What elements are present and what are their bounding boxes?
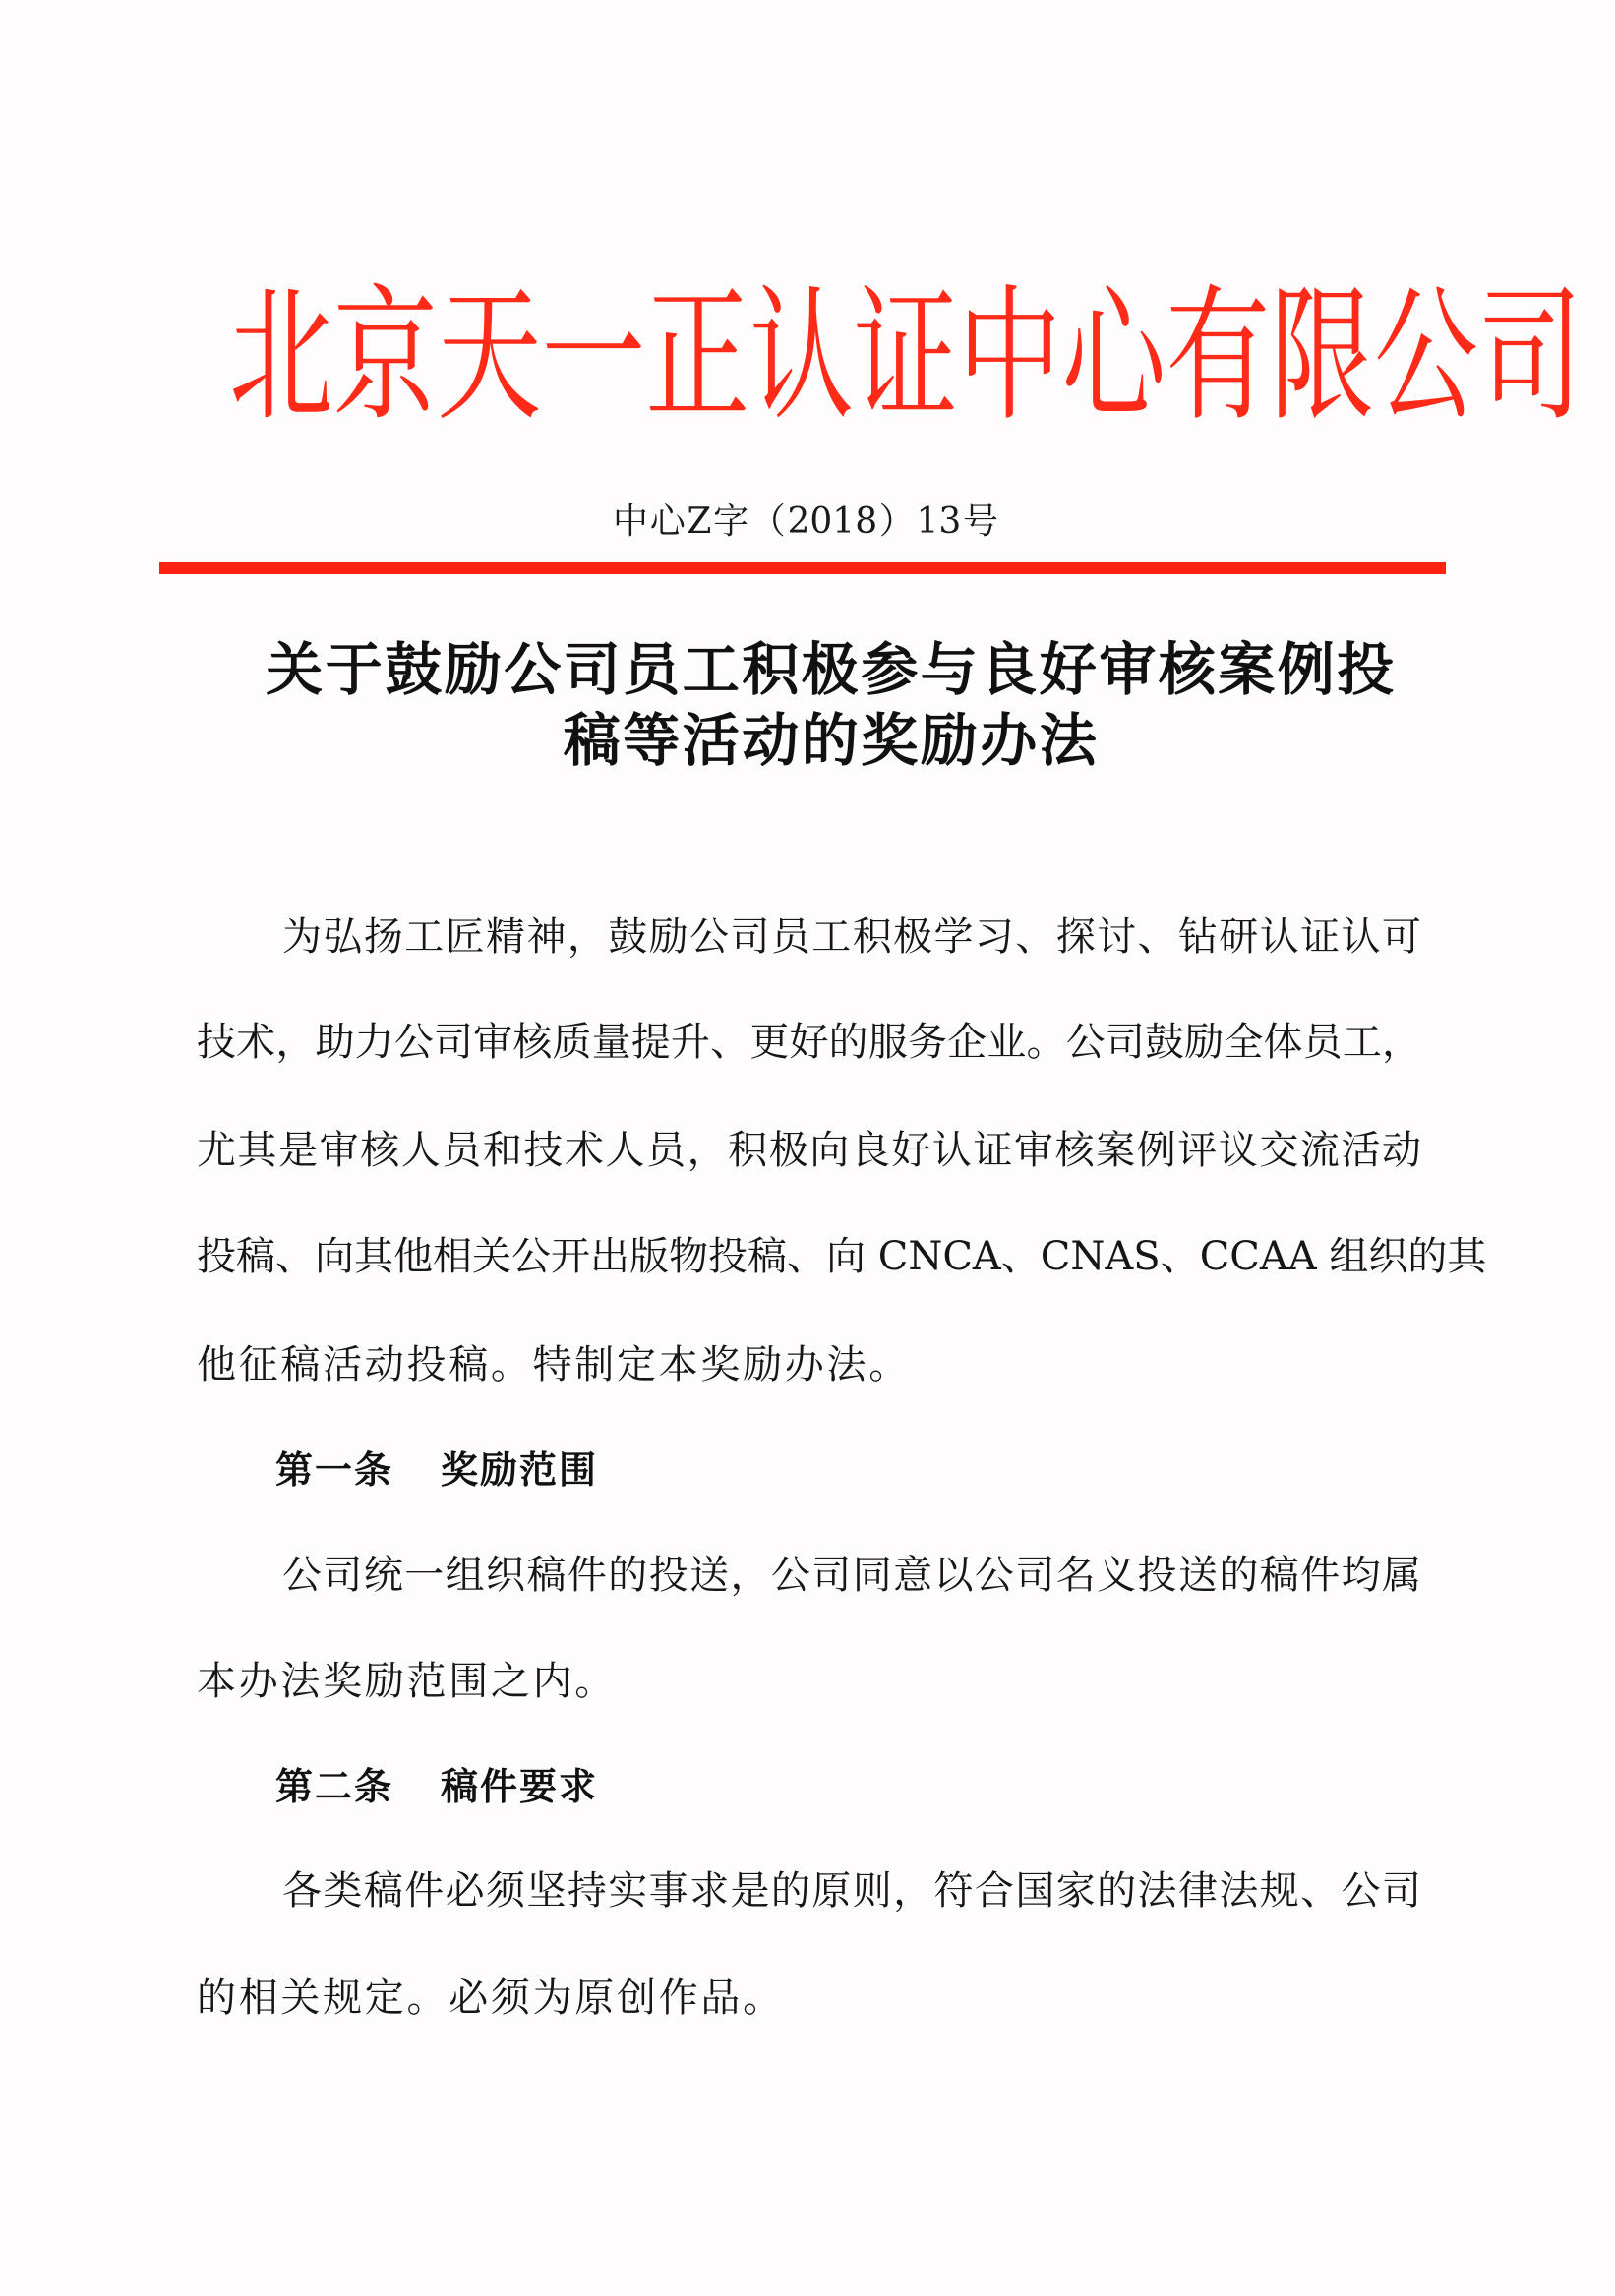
article-heading-text: 稿件要求 (441, 1765, 598, 1808)
article-number: 第二条 (275, 1757, 393, 1816)
preamble-line: 为弘扬工匠精神，鼓励公司员工积极学习、探讨、钻研认证认可 (282, 908, 1421, 967)
article-heading-text: 奖励范围 (441, 1448, 598, 1492)
preamble-line: 技术，助力公司审核质量提升、更好的服务企业。公司鼓励全体员工， (197, 1013, 1421, 1072)
document-title-line-1: 关于鼓励公司员工积极参与良好审核案例投 (0, 635, 1615, 704)
document-title-line-2: 稿等活动的奖励办法 (0, 706, 1615, 775)
section-body-line: 本办法奖励范围之内。 (197, 1652, 1421, 1711)
preamble-line: 他征稿活动投稿。特制定本奖励办法。 (197, 1335, 1421, 1394)
section-heading: 第二条稿件要求 (275, 1757, 598, 1816)
section-heading: 第一条奖励范围 (275, 1441, 598, 1500)
document-number: 中心Z字（2018）13号 (613, 500, 998, 545)
section-body-line: 的相关规定。必须为原创作品。 (197, 1969, 1421, 2028)
letterhead-red-divider (159, 562, 1446, 574)
article-number: 第一条 (275, 1441, 393, 1500)
section-body-line: 公司统一组织稿件的投送，公司同意以公司名义投送的稿件均属 (282, 1546, 1421, 1605)
preamble-line: 尤其是审核人员和技术人员，积极向良好认证审核案例评议交流活动 (197, 1121, 1421, 1180)
preamble-line: 投稿、向其他相关公开出版物投稿、向 CNCA、CNAS、CCAA 组织的其 (197, 1227, 1421, 1286)
organization-letterhead-title: 北京天一正认证中心有限公司 (229, 275, 1583, 438)
section-body-line: 各类稿件必须坚持实事求是的原则，符合国家的法律法规、公司 (282, 1861, 1421, 1920)
